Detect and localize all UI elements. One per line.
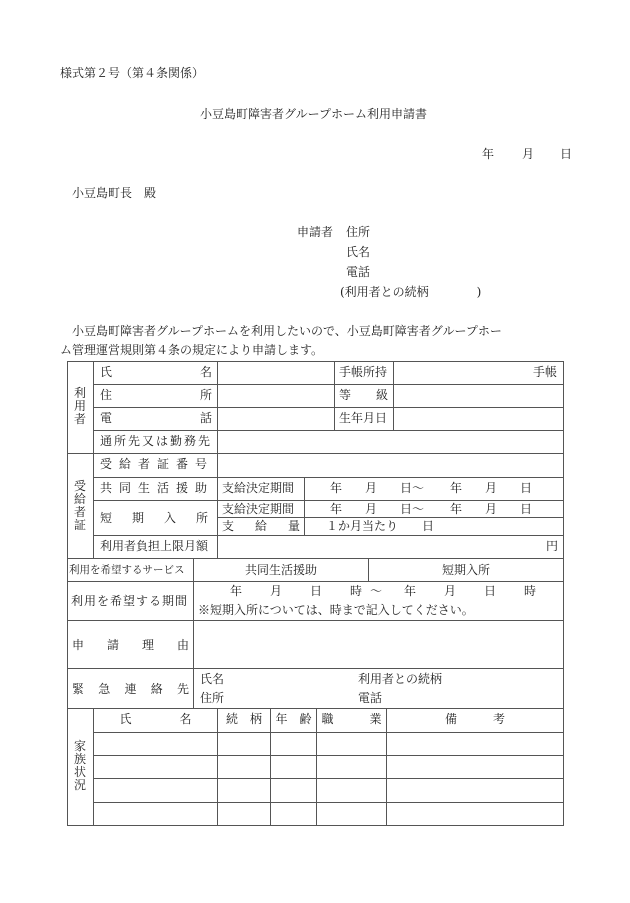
birthdate-field[interactable] [394,408,562,429]
reason-label: 申請理由 [72,638,189,652]
emergency-phone-label: 電話 [358,691,382,705]
period-year-end: 年 [450,502,462,516]
period-day: 日〜 [400,502,424,516]
period-label: 利用を希望する期間 [71,594,188,608]
addressee: 小豆島町長 殿 [72,186,156,200]
label-char: 所 [200,388,212,402]
user-phone-label: 電話 [100,411,212,425]
label-char: 絡 [151,682,163,696]
short-stay-label: 短期入所 [100,511,212,525]
cert-number-label: 受給者証番号 [100,457,214,471]
label-char: 先 [177,682,189,696]
label-char: 氏 [100,365,112,379]
family-header-occupation: 職 業 [317,712,386,726]
yen-label: 円 [546,539,558,553]
date-month: 月 [522,147,534,161]
emergency-address-label: 住所 [200,691,224,705]
user-address-label: 住所 [100,388,212,402]
supply-amount-label: 支給量 [222,519,300,533]
label-char: 由 [177,638,189,652]
service-label: 利用を希望するサービス [69,563,185,577]
period-day-end: 日 [520,502,532,516]
period-month: 月 [270,584,282,598]
label-char: 支 [222,519,234,533]
label-char: 連 [124,682,136,696]
applicant-phone-label: 電話 [346,265,370,279]
label-char: 級 [376,388,388,402]
period-month-end: 月 [444,584,456,598]
family-row[interactable] [94,803,563,824]
user-group-label: 利用者 [73,387,87,426]
period-year: 年 [330,481,342,495]
family-header-name: 氏 名 [94,712,217,726]
label-char: 緊 [72,682,84,696]
desired-period-field[interactable]: 年 月 日 時 〜 年 月 日 時 [230,584,560,598]
period-month: 月 [365,502,377,516]
label-char: 量 [288,519,300,533]
intro-line-1: 小豆島町障害者グループホームを利用したいので、小豆島町障害者グループホー [72,324,502,338]
user-name-label: 氏名 [100,365,212,379]
period-hour-end: 時 [524,584,536,598]
family-row[interactable] [94,779,563,801]
period-year: 年 [230,584,242,598]
service-option-short-stay[interactable]: 短期入所 [442,563,490,577]
applicant-name-label: 氏名 [346,245,370,259]
label-char: 住 [100,388,112,402]
grade-field[interactable] [394,385,562,406]
period-tilde: 〜 [370,584,382,598]
label-char: 給 [255,519,267,533]
per-month-label: １か月当たり [326,519,398,533]
period-year-end: 年 [404,584,416,598]
period-day: 日〜 [400,481,424,495]
user-phone-field[interactable] [218,408,333,429]
limit-label: 利用者負担上限月額 [100,539,208,553]
document-title: 小豆島町障害者グループホーム利用申請書 [200,107,427,121]
date-day: 日 [560,147,572,161]
user-address-field[interactable] [218,385,333,406]
cert-group-label: 受給者証 [73,480,87,532]
period-month-end: 月 [485,502,497,516]
label-char: 話 [200,411,212,425]
period-year-end: 年 [450,481,462,495]
applicant-label: 申請者 [297,225,333,239]
period-year: 年 [330,502,342,516]
period-month: 月 [365,481,377,495]
period-day-end: 日 [520,481,532,495]
decision-period-label-1: 支給決定期間 [222,481,294,495]
applicant-relation-label: (利用者との続柄 ) [340,285,481,299]
handbook-label: 手帳所持 [339,365,387,379]
label-char: 名 [200,365,212,379]
workplace-label: 通所先又は勤務先 [100,434,212,448]
grade-label: 等級 [339,388,388,402]
handbook-suffix: 手帳 [533,365,557,379]
user-name-field[interactable] [218,362,333,383]
family-header-age: 年 齢 [271,712,316,726]
label-char: 理 [142,638,154,652]
date-year: 年 [482,147,494,161]
label-char: 等 [339,388,351,402]
cert-number-field[interactable] [218,454,562,476]
period-month-end: 月 [485,481,497,495]
label-char: 急 [98,682,110,696]
family-group-label: 家族状況 [73,740,87,792]
applicant-address-label: 住所 [346,225,370,239]
label-text: 短期入所 [100,511,228,525]
period-hour: 時 [350,584,362,598]
decision-period-label-2: 支給決定期間 [222,502,294,516]
label-char: 電 [100,411,112,425]
birthdate-label: 生年月日 [339,411,387,425]
label-char: 請 [107,638,119,652]
family-header-remarks: 備 考 [387,712,563,726]
limit-field[interactable] [218,536,562,557]
period-day-end: 日 [484,584,496,598]
period-note: ※短期入所については、時まで記入してください。 [198,603,474,617]
label-char: 申 [72,638,84,652]
emergency-relation-label: 利用者との続柄 [358,672,442,686]
family-header-relation: 続 柄 [218,712,270,726]
emergency-label: 緊急連絡先 [72,682,189,696]
intro-line-2: ム管理運営規則第４条の規定により申請します。 [60,343,323,357]
per-month-day: 日 [422,519,434,533]
family-row[interactable] [94,733,563,754]
emergency-name-label: 氏名 [200,672,224,686]
reason-field[interactable] [194,621,562,667]
form-number: 様式第２号（第４条関係） [60,66,204,80]
family-row[interactable] [94,756,563,777]
period-day: 日 [310,584,322,598]
workplace-field[interactable] [218,431,562,452]
group-home-label: 共同生活援助 [100,481,214,495]
service-option-group-home[interactable]: 共同生活援助 [245,563,317,577]
